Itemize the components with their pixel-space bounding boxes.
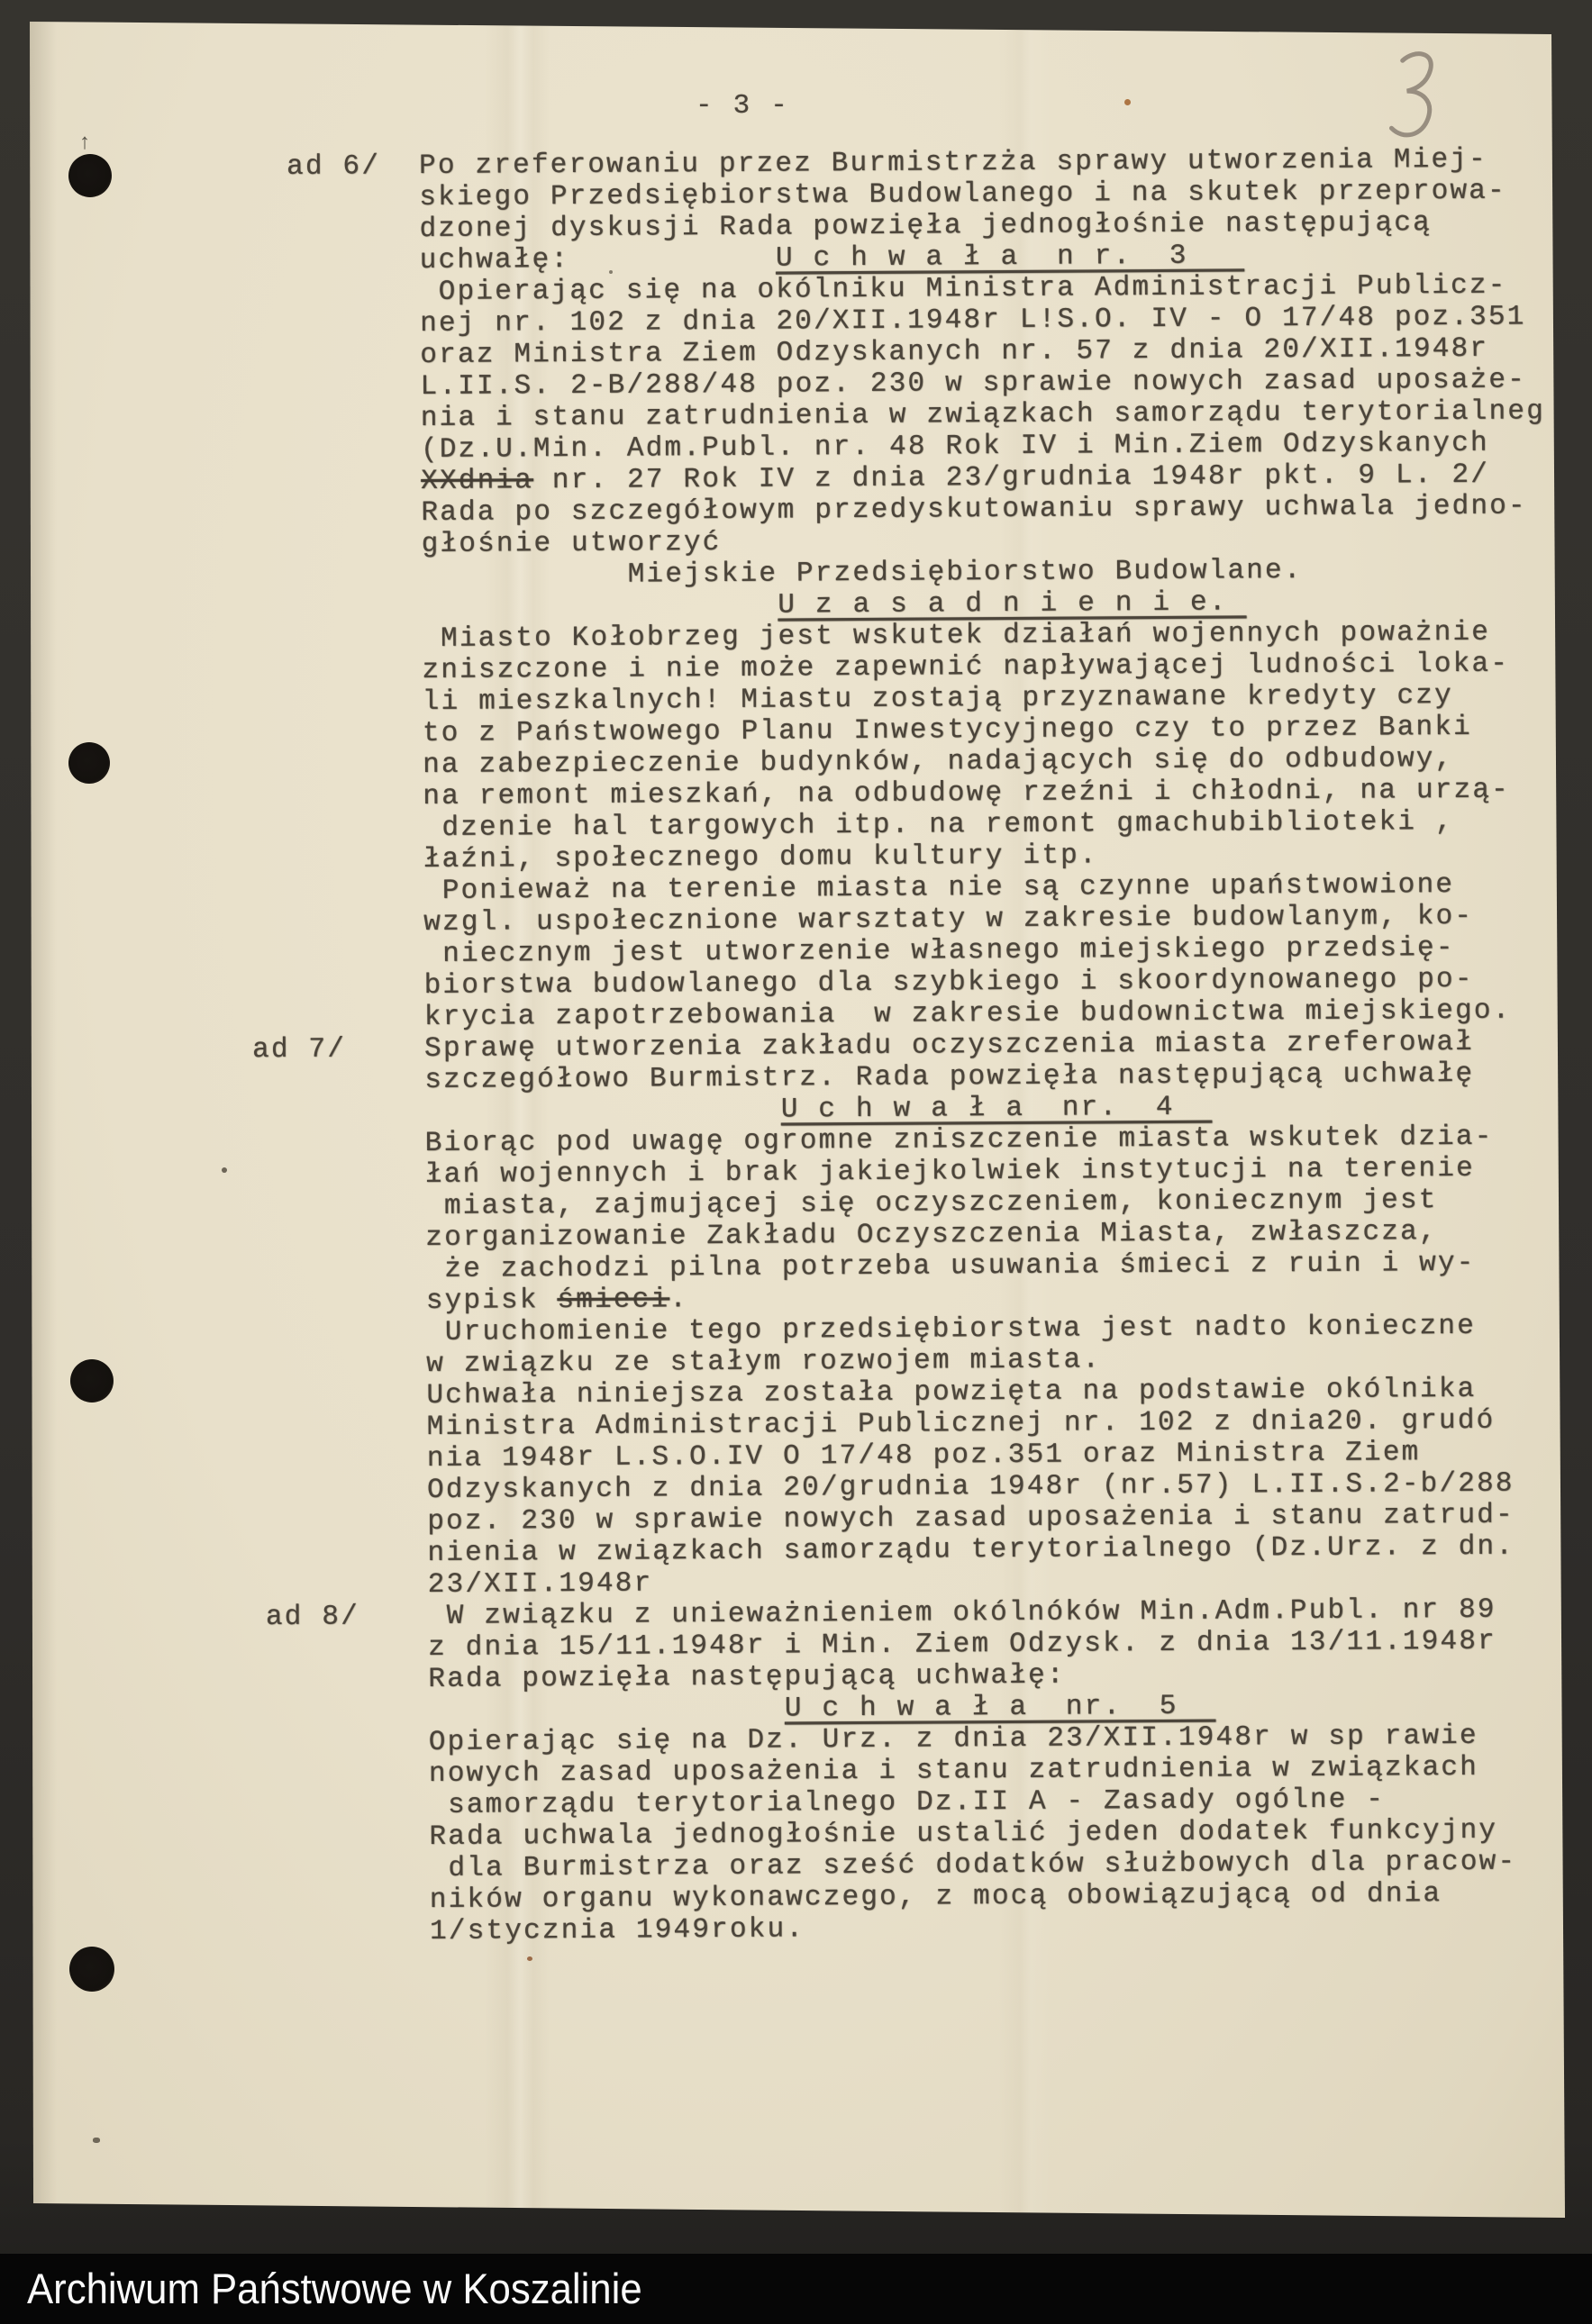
- document-paper: ↑ - 3 - ad 6/Po zreferowaniu przez Burmi…: [0, 0, 1592, 2324]
- punch-hole: [68, 742, 110, 784]
- margin-note: ad 7/: [252, 1034, 346, 1067]
- typed-text: głośnie utworzyć: [422, 527, 722, 560]
- typed-lines: ad 6/Po zreferowaniu przez Burmistrzża s…: [270, 143, 1592, 1948]
- typed-text: łaźni, społecznego domu kultury itp.: [423, 840, 1098, 876]
- typed-text: uchwałę:: [420, 243, 776, 277]
- typed-text: sypisk: [426, 1285, 558, 1317]
- typed-text: .: [669, 1284, 688, 1315]
- resolution-heading: U c h w a ł a nr. 4: [781, 1092, 1213, 1126]
- margin-note: ad 6/: [287, 150, 380, 183]
- resolution-heading: U c h w a ł a nr. 5: [785, 1691, 1216, 1725]
- typed-text: [422, 590, 778, 623]
- archive-name: Archiwum Państwowe w Koszalinie: [27, 2254, 642, 2324]
- typed-line: 1/stycznia 1949roku.: [281, 1909, 1592, 1948]
- scanned-document-page: { "document": { "page_number": "- 3 -", …: [0, 0, 1592, 2324]
- resolution-heading: U z a s a d n i e n i e.: [778, 586, 1246, 621]
- paper-speck: [527, 1956, 532, 1961]
- resolution-heading: U c h w a ł a n r. 3: [776, 240, 1244, 274]
- typed-text: 23/XII.1948r: [428, 1567, 653, 1601]
- paper-speck: [1124, 99, 1131, 105]
- paper-edge-shadow: [30, 22, 57, 2207]
- paper-tear-mark: ↑: [79, 130, 90, 155]
- typed-text: [424, 1094, 780, 1128]
- paper-speck: [93, 2138, 100, 2143]
- typed-text: w związku ze stałym rozwojem miasta.: [426, 1344, 1101, 1380]
- typed-text: Miejskie Przedsiębiorstwo Budowlane.: [422, 555, 1303, 592]
- pencil-stroke: [1391, 51, 1436, 138]
- handwritten-page-number: [1384, 43, 1459, 150]
- punch-hole: [68, 154, 112, 197]
- punch-hole: [69, 1947, 114, 1992]
- struck-out-text: śmieci: [557, 1284, 669, 1316]
- struck-out-text: XXdnia: [421, 465, 533, 497]
- typed-text: 1/stycznia 1949roku.: [430, 1913, 805, 1947]
- paper-speck: [222, 1167, 227, 1173]
- archive-footer-bar: Archiwum Państwowe w Koszalinie: [0, 2254, 1592, 2324]
- page-number: - 3 -: [696, 90, 789, 122]
- margin-note: ad 8/: [266, 1601, 359, 1633]
- typed-text: [428, 1693, 784, 1727]
- punch-hole: [70, 1359, 114, 1403]
- typed-text: Rada powzięła następującą uchwałę:: [428, 1660, 1066, 1695]
